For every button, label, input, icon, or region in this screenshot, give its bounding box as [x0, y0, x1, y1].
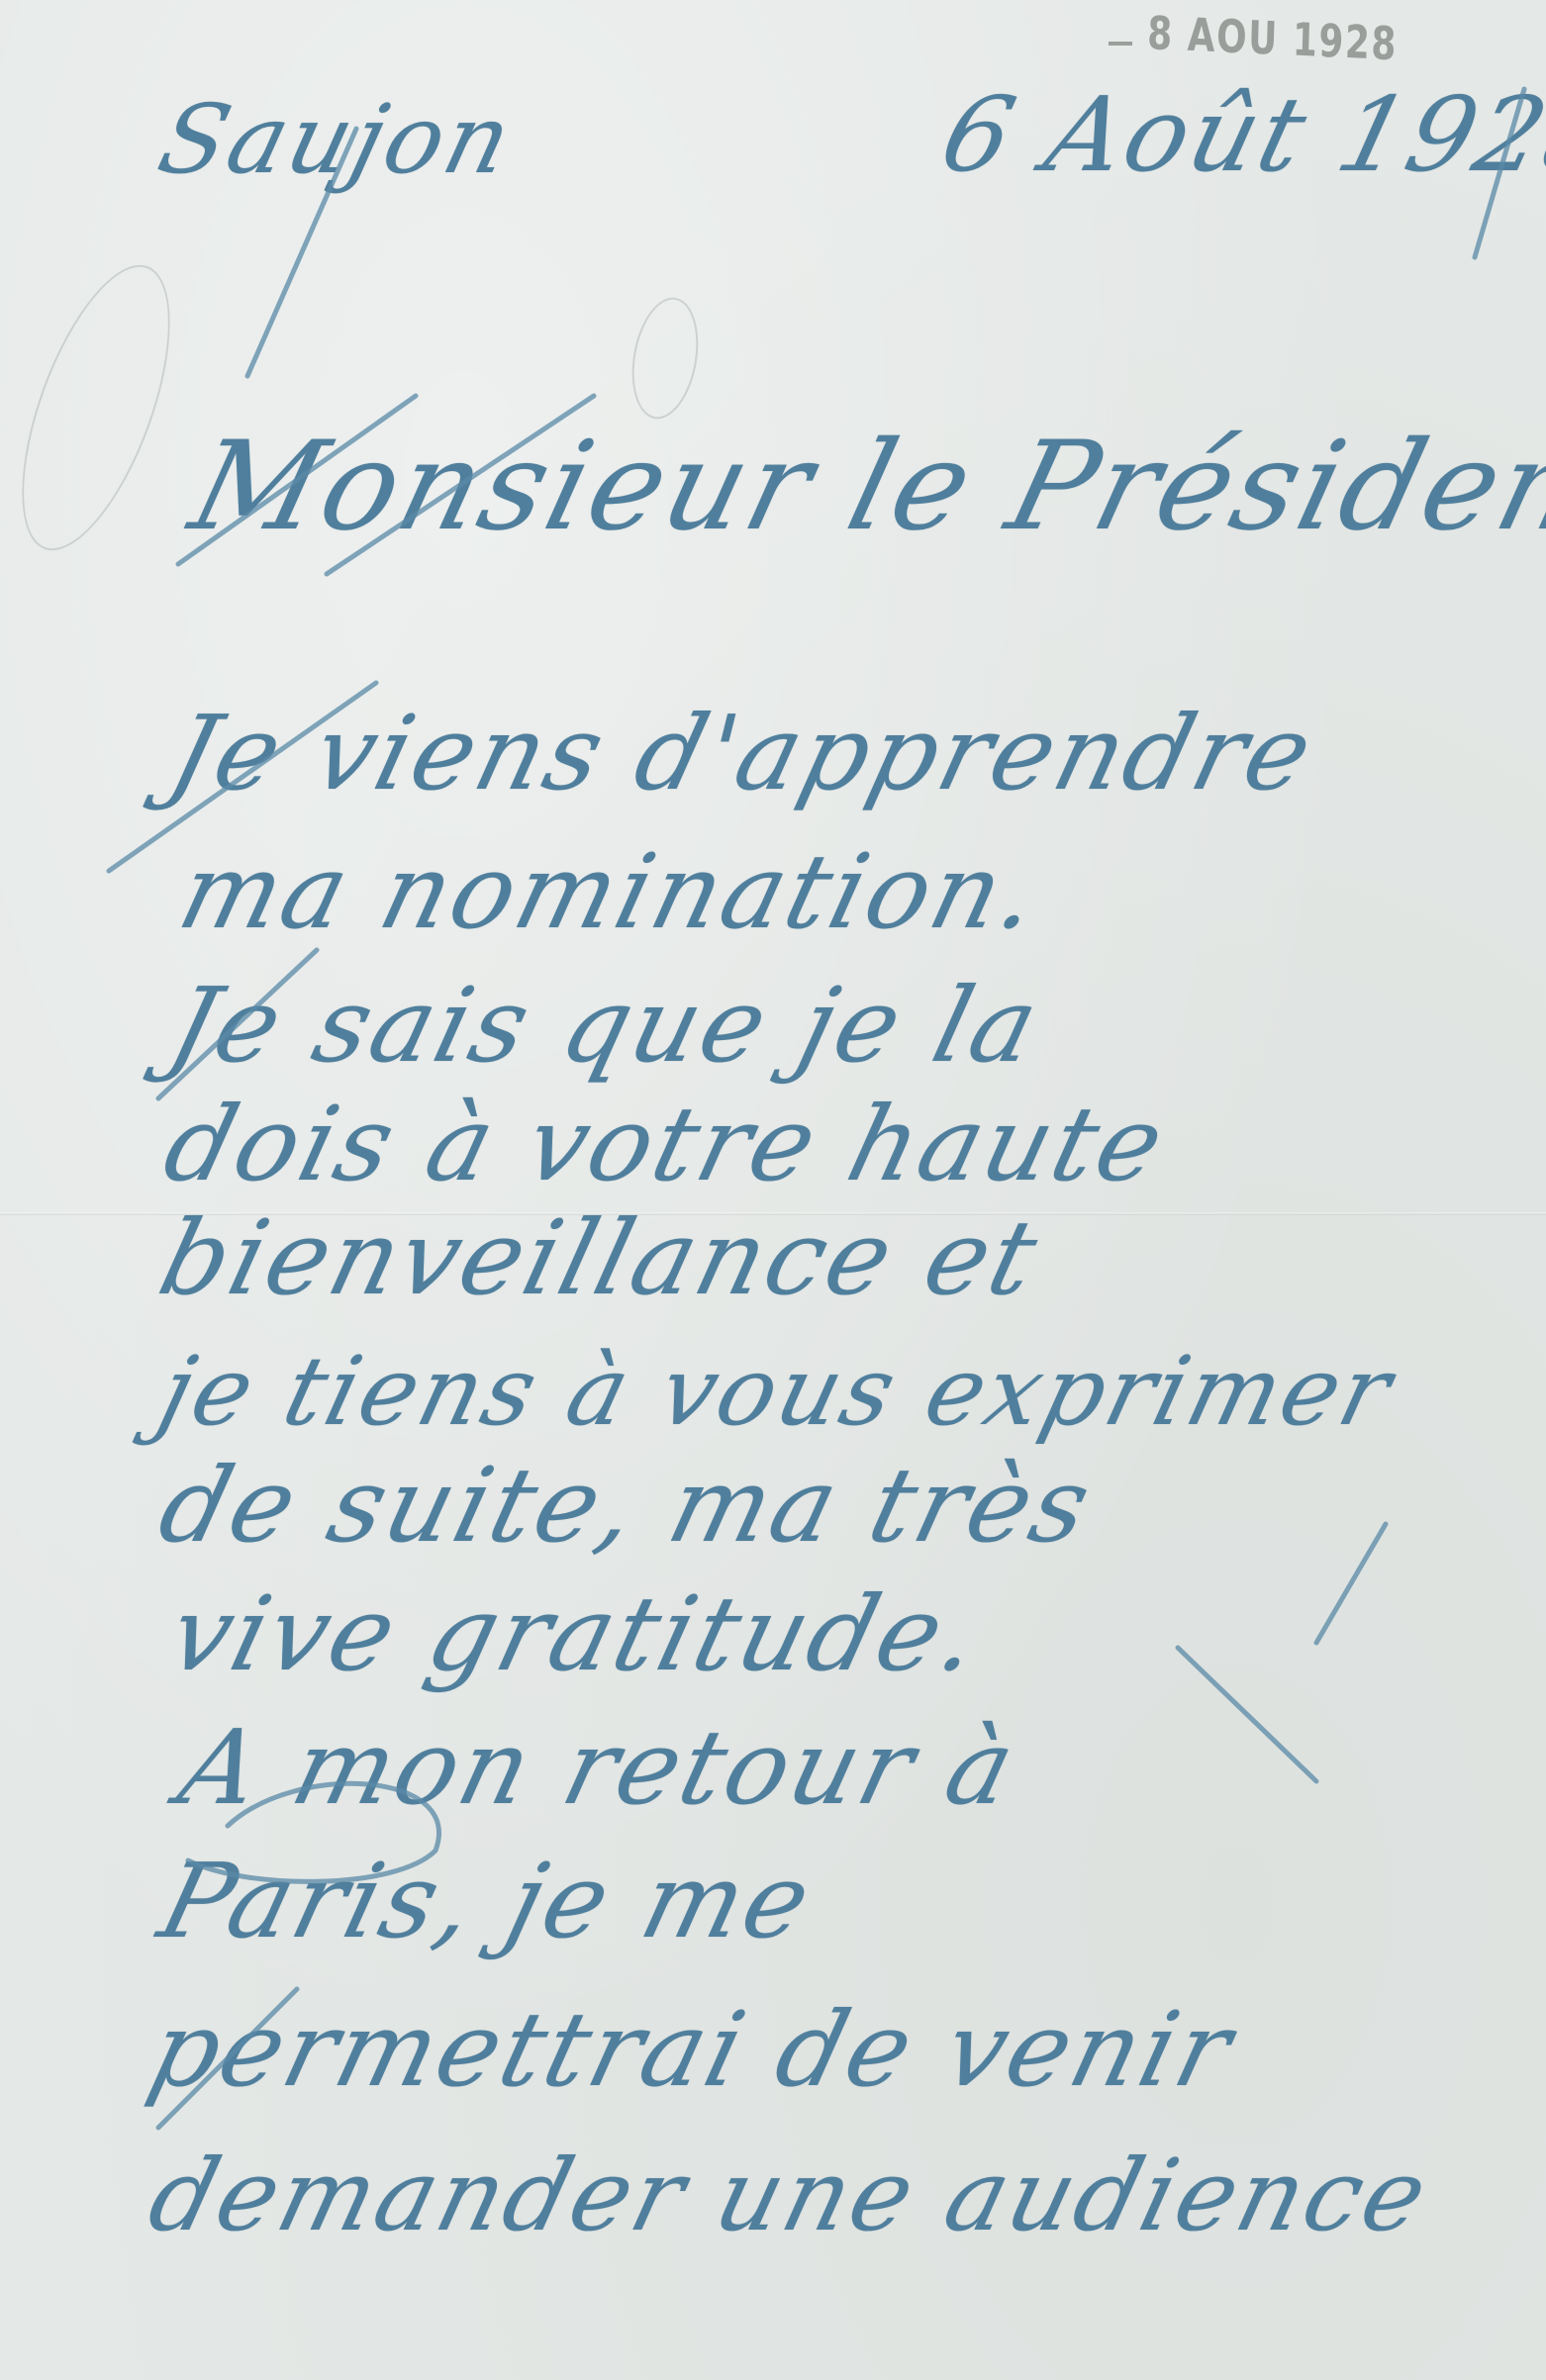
stamp-dash [1109, 42, 1132, 46]
letter-place: Saujon [148, 84, 525, 195]
letter-salutation: Monsieur le Président, [178, 416, 1546, 558]
body-line: je tiens à vous exprimer [148, 1336, 1404, 1447]
body-line: demander une audience [139, 2138, 1441, 2253]
body-line: A mon retour à [168, 1707, 1028, 1828]
body-line: bienveillance et [148, 1197, 1051, 1318]
body-line: ma nomination. [168, 831, 1053, 952]
body-line: de suite, ma très [148, 1445, 1105, 1566]
letter-date: 6 Août 1928 [930, 74, 1546, 195]
body-line: vive gratitude. [158, 1573, 994, 1694]
body-line: Paris, je me [148, 1841, 824, 1961]
body-line: Je viens d'apprendre [158, 693, 1326, 813]
body-line: permettrai de venir [139, 1989, 1245, 2110]
body-line: Je sais que je la [158, 965, 1052, 1086]
body-line: dois à votre haute [153, 1084, 1178, 1204]
received-date-stamp: 8 AOU 1928 [1147, 6, 1399, 70]
